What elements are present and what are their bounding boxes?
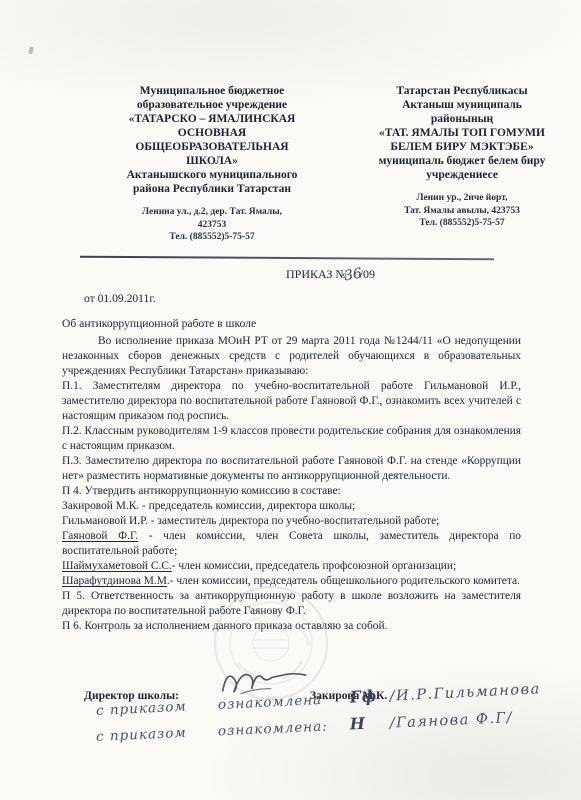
letterhead-left: Муниципальное бюджетное образовательное … xyxy=(76,84,348,244)
org-name-russian: Муниципальное бюджетное образовательное … xyxy=(76,84,348,196)
letterhead-right: Татарстан Республикасы Актаныш муниципал… xyxy=(354,84,570,244)
org-address-russian: Ленина ул., д.2, дер. Тат. Ямалы, 423753… xyxy=(76,206,348,244)
paragraph-item-3: П.3. Заместителю директора по воспитател… xyxy=(62,454,521,484)
letterhead: Муниципальное бюджетное образовательное … xyxy=(76,84,570,244)
member-description: Гильмановой И.Р. - заместитель директора… xyxy=(62,515,439,527)
member-description: - член комиссии, председатель профсоюзно… xyxy=(172,560,456,572)
paragraph-item-2: П.2. Классным руководителям 1-9 классов … xyxy=(62,424,521,454)
commission-member-row: Закировой М.К. - председатель комиссии, … xyxy=(62,499,521,514)
order-subject: Об антикоррупционной работе в школе xyxy=(62,317,256,330)
note-word: ознакомлена: xyxy=(218,717,351,739)
paragraph-item-1: П.1. Заместителям директора по учебно-во… xyxy=(62,379,521,424)
order-title: ПРИКАЗ № xyxy=(286,267,347,281)
commission-member-row: Шаймухаметовой С.С.- член комиссии, пред… xyxy=(62,559,521,574)
note-text: с приказом xyxy=(96,723,219,745)
note-name: /И.Р.Гильманова xyxy=(389,681,541,704)
org-address-tatar: Ленин ур., 2нче йорт, Тат. Ямалы авылы, … xyxy=(354,192,570,230)
scanned-order-document: Муниципальное бюджетное образовательное … xyxy=(0,0,581,800)
note-signature-initials: Н xyxy=(349,713,390,734)
order-date: от 01.09.2011г. xyxy=(84,292,156,305)
member-name-underlined: Шарафутдинова М.М xyxy=(62,575,167,587)
header-divider-line xyxy=(80,256,494,261)
member-name-underlined: Гаяновой Ф.Г. xyxy=(62,530,138,542)
order-number-handwritten: 36 xyxy=(343,266,363,285)
note-signature-initials: Гф xyxy=(349,686,390,707)
commission-member-row: Гильмановой И.Р. - заместитель директора… xyxy=(62,514,521,529)
note-name: /Гаянова Ф.Г/ xyxy=(389,710,513,732)
order-title-line: ПРИКАЗ №36/09 xyxy=(286,266,375,282)
paragraph-intro: Во исполнение приказа МОиН РТ от 29 март… xyxy=(62,334,521,379)
scan-artifact-speck xyxy=(28,47,33,55)
paragraph-item-4: П 4. Утвердить антикоррупционную комисси… xyxy=(62,484,521,499)
commission-member-row: Гаяновой Ф.Г. - член комиссии, член Сове… xyxy=(62,529,521,559)
org-name-tatar: Татарстан Республикасы Актаныш муниципал… xyxy=(354,84,570,182)
member-name-underlined: Шаймухаметовой С.С. xyxy=(62,560,172,572)
note-text: с приказом xyxy=(96,697,219,719)
member-description: Закировой М.К. - председатель комиссии, … xyxy=(62,500,355,512)
